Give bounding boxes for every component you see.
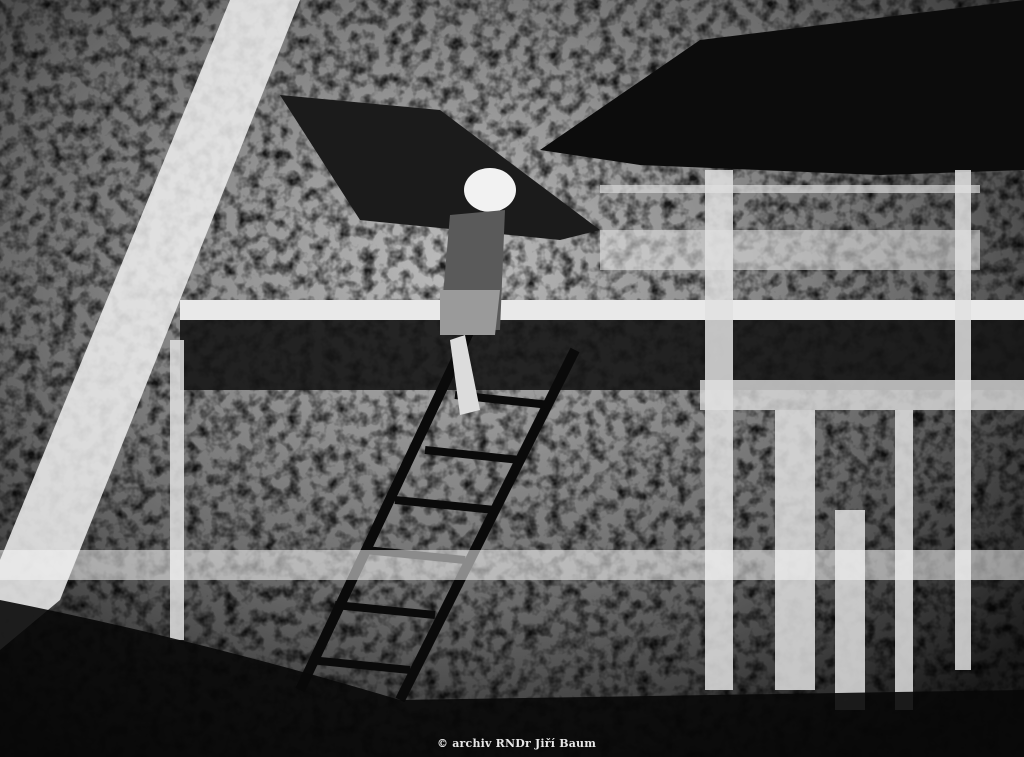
light-streak xyxy=(0,550,1024,580)
photo-caption: © archiv RNDr Jiří Baum xyxy=(437,737,596,750)
photo-scene xyxy=(0,0,1024,757)
photograph: © archiv RNDr Jiří Baum xyxy=(0,0,1024,757)
platform-deck xyxy=(180,300,1024,320)
